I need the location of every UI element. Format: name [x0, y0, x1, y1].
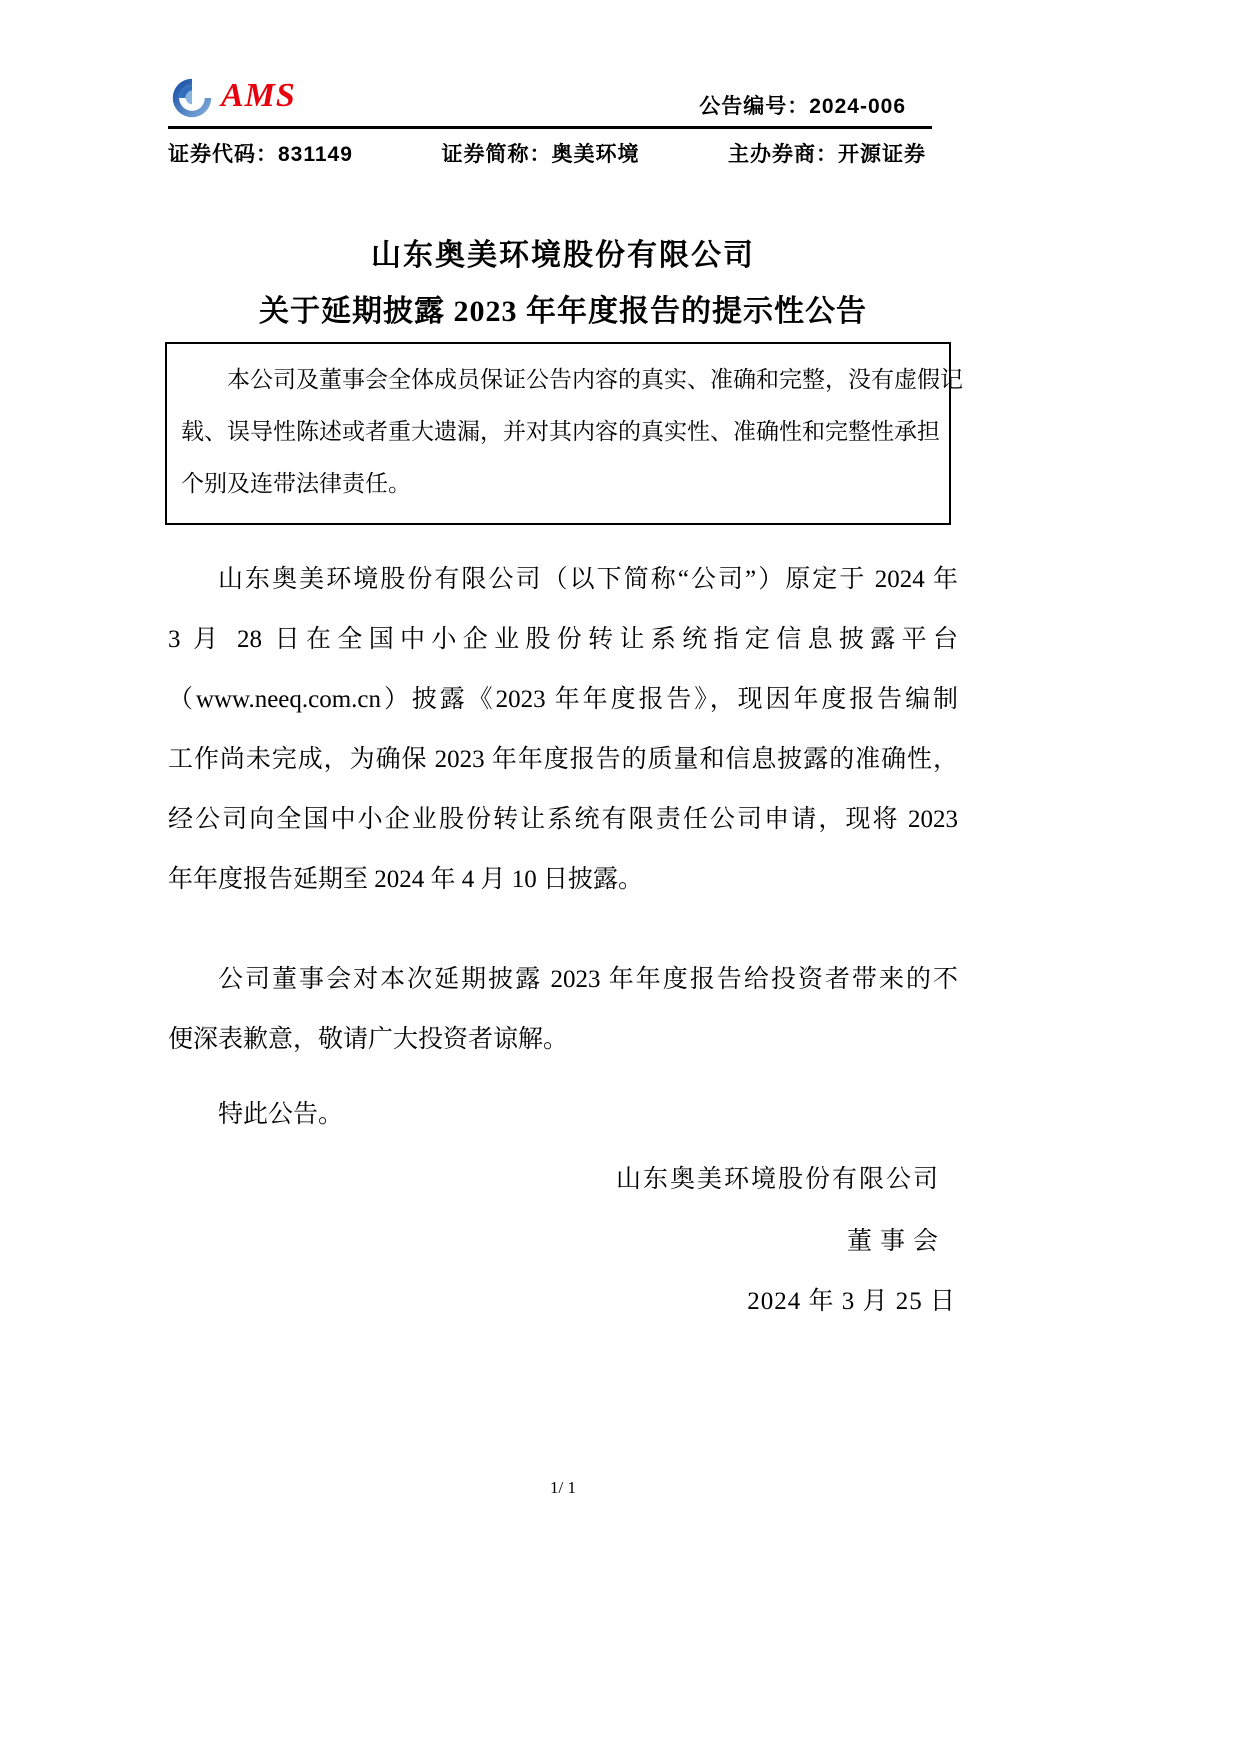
company-logo: AMS	[170, 76, 296, 120]
page-number: 1/ 1	[168, 1478, 958, 1498]
paragraph-line: （www.neeq.com.cn）披露《2023 年年度报告》，现因年度报告编制	[168, 670, 958, 730]
securities-info-row: 证券代码：831149 证券简称：奥美环境 主办券商：开源证券	[168, 138, 926, 168]
body-paragraph-2: 公司董事会对本次延期披露 2023 年年度报告给投资者带来的不 便深表歉意，敬请…	[168, 950, 958, 1070]
swirl-logo-icon	[170, 76, 214, 120]
body-paragraph-1: 山东奥美环境股份有限公司（以下简称“公司”）原定于 2024 年 3 月 28 …	[168, 550, 958, 910]
disclaimer-line: 载、误导性陈述或者重大遗漏，并对其内容的真实性、准确性和完整性承担	[181, 406, 937, 458]
signature-board: 董事会	[847, 1212, 946, 1272]
document-subtitle: 关于延期披露 2023 年年度报告的提示性公告	[168, 286, 958, 330]
paragraph-line: 3 月 28 日在全国中小企业股份转让系统指定信息披露平台	[168, 610, 958, 670]
paragraph-line: 山东奥美环境股份有限公司（以下简称“公司”）原定于 2024 年	[168, 550, 958, 610]
page-header: AMS 公告编号：2024-006	[168, 72, 958, 122]
announcement-number: 公告编号：2024-006	[699, 90, 906, 120]
signature-company: 山东奥美环境股份有限公司	[616, 1150, 940, 1210]
header-divider	[168, 126, 932, 129]
announcement-page: AMS 公告编号：2024-006 证券代码：831149 证券简称：奥美环境 …	[0, 0, 1240, 1754]
paragraph-line: 经公司向全国中小企业股份转让系统有限责任公司申请，现将 2023	[168, 790, 958, 850]
sponsor-broker: 主办券商：开源证券	[728, 138, 926, 168]
document-title: 山东奥美环境股份有限公司	[168, 230, 958, 274]
page-content: AMS 公告编号：2024-006 证券代码：831149 证券简称：奥美环境 …	[168, 0, 958, 1754]
disclaimer-box: 本公司及董事会全体成员保证公告内容的真实、准确和完整，没有虚假记 载、误导性陈述…	[165, 342, 951, 525]
logo-text: AMS	[221, 79, 296, 117]
disclaimer-line: 个别及连带法律责任。	[181, 458, 937, 510]
paragraph-line: 便深表歉意，敬请广大投资者谅解。	[168, 1010, 958, 1070]
paragraph-line: 工作尚未完成，为确保 2023 年年度报告的质量和信息披露的准确性，	[168, 730, 958, 790]
closing-statement: 特此公告。	[168, 1085, 958, 1145]
signature-date: 2024 年 3 月 25 日	[747, 1272, 956, 1332]
paragraph-line: 公司董事会对本次延期披露 2023 年年度报告给投资者带来的不	[168, 950, 958, 1010]
paragraph-line: 年年度报告延期至 2024 年 4 月 10 日披露。	[168, 850, 958, 910]
securities-code: 证券代码：831149	[168, 138, 353, 168]
securities-name: 证券简称：奥美环境	[441, 138, 639, 168]
disclaimer-line: 本公司及董事会全体成员保证公告内容的真实、准确和完整，没有虚假记	[181, 354, 937, 406]
